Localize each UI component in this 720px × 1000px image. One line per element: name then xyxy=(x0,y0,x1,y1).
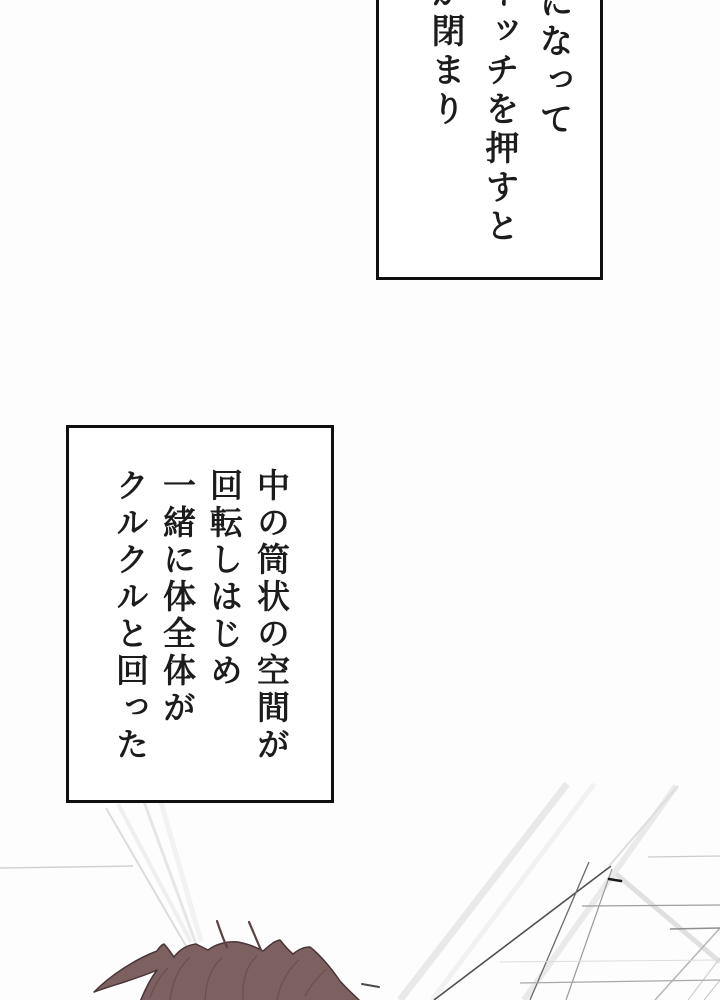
speed-lines-right xyxy=(400,784,720,1000)
text-column: 一緒に体全体が xyxy=(154,468,201,764)
motion-dash xyxy=(362,984,379,987)
motion-dashes xyxy=(362,879,621,987)
vertical-text-middle: 中の筒状の空間が 回転しはじめ 一緒に体全体が クルクルと回った xyxy=(107,468,295,764)
comic-page: になって イッチを押すと が閉まり 中の筒状の空間が 回転しはじめ 一緒に体全体… xyxy=(0,0,720,1000)
speed-lines-left xyxy=(0,799,201,946)
text-column: 中の筒状の空間が xyxy=(248,468,295,764)
text-column: 回転しはじめ xyxy=(201,468,248,764)
vertical-text-top: になって イッチを押すと が閉まり xyxy=(418,0,580,247)
text-column: イッチを押すと xyxy=(472,0,526,247)
character-head xyxy=(94,921,361,1000)
text-column: になって xyxy=(526,0,580,257)
text-column: が閉まり xyxy=(418,0,472,247)
speech-box-top: になって イッチを押すと が閉まり xyxy=(376,0,603,280)
character-hair xyxy=(94,940,361,1000)
text-column: クルクルと回った xyxy=(107,468,154,764)
speech-box-middle: 中の筒状の空間が 回転しはじめ 一緒に体全体が クルクルと回った xyxy=(66,425,334,803)
